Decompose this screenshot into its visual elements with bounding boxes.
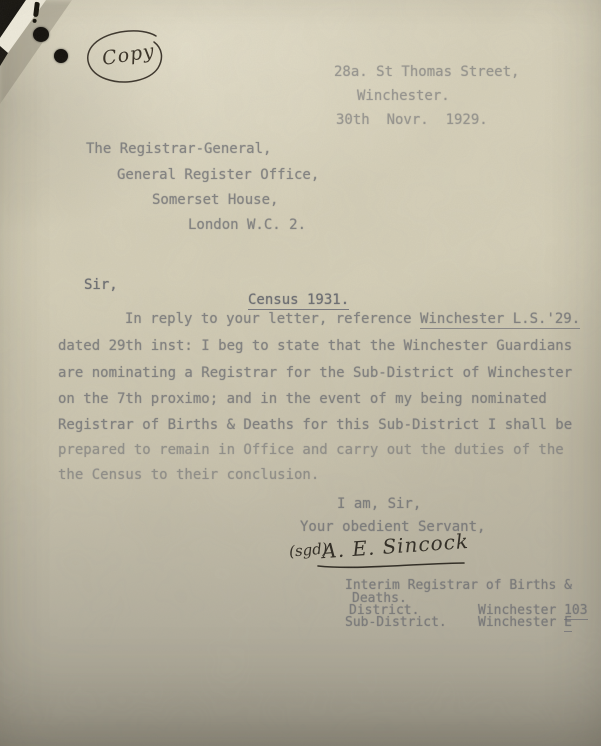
body-line-6: prepared to remain in Office and carry o…	[58, 442, 564, 459]
recipient-line1: The Registrar-General,	[86, 141, 271, 158]
reference-number: Winchester L.S.'29.	[420, 311, 580, 329]
recipient-line3: Somerset House,	[152, 192, 278, 209]
subject-line: Census 1931.	[248, 292, 349, 309]
subdistrict-label: Sub-District.	[345, 616, 447, 629]
recipient-line4: London W.C. 2.	[188, 217, 306, 234]
salutation: Sir,	[84, 277, 118, 294]
recipient-line2: General Register Office,	[117, 167, 319, 184]
body-line-4: on the 7th proximo; and in the event of …	[58, 391, 547, 408]
body-line-5: Registrar of Births & Deaths for this Su…	[58, 417, 572, 434]
body-line-1: In reply to your letter, reference Winch…	[125, 311, 580, 328]
punch-hole	[33, 27, 49, 42]
body-line-2: dated 29th inst: I beg to state that the…	[58, 338, 572, 355]
subject-text: Census 1931.	[248, 292, 349, 310]
subdistrict-value: Winchester E	[478, 616, 572, 629]
body-line-1-text: In reply to your letter, reference	[125, 311, 420, 327]
subdistrict-letter: E	[564, 615, 572, 632]
body-line-7: the Census to their conclusion.	[58, 467, 319, 484]
copy-stamp: Copy	[84, 28, 168, 90]
letter-page: Copy 28a. St Thomas Street, Winchester. …	[0, 0, 601, 746]
sender-address-line2: Winchester.	[357, 88, 450, 105]
letter-date: 30th Novr. 1929.	[336, 112, 488, 129]
closing-line-1: I am, Sir,	[337, 496, 421, 513]
sender-address-line1: 28a. St Thomas Street,	[334, 64, 519, 81]
punch-hole	[54, 49, 68, 63]
subdistrict-value-text: Winchester	[478, 615, 564, 630]
signature-underline	[316, 558, 466, 572]
body-line-3: are nominating a Registrar for the Sub-D…	[58, 365, 572, 382]
